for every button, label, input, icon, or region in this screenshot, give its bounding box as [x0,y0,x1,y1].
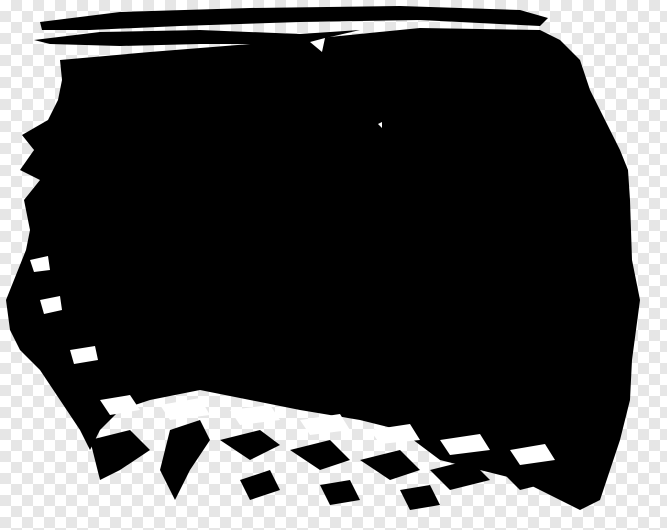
transparency-background [0,0,667,530]
brush-stroke [0,0,667,530]
